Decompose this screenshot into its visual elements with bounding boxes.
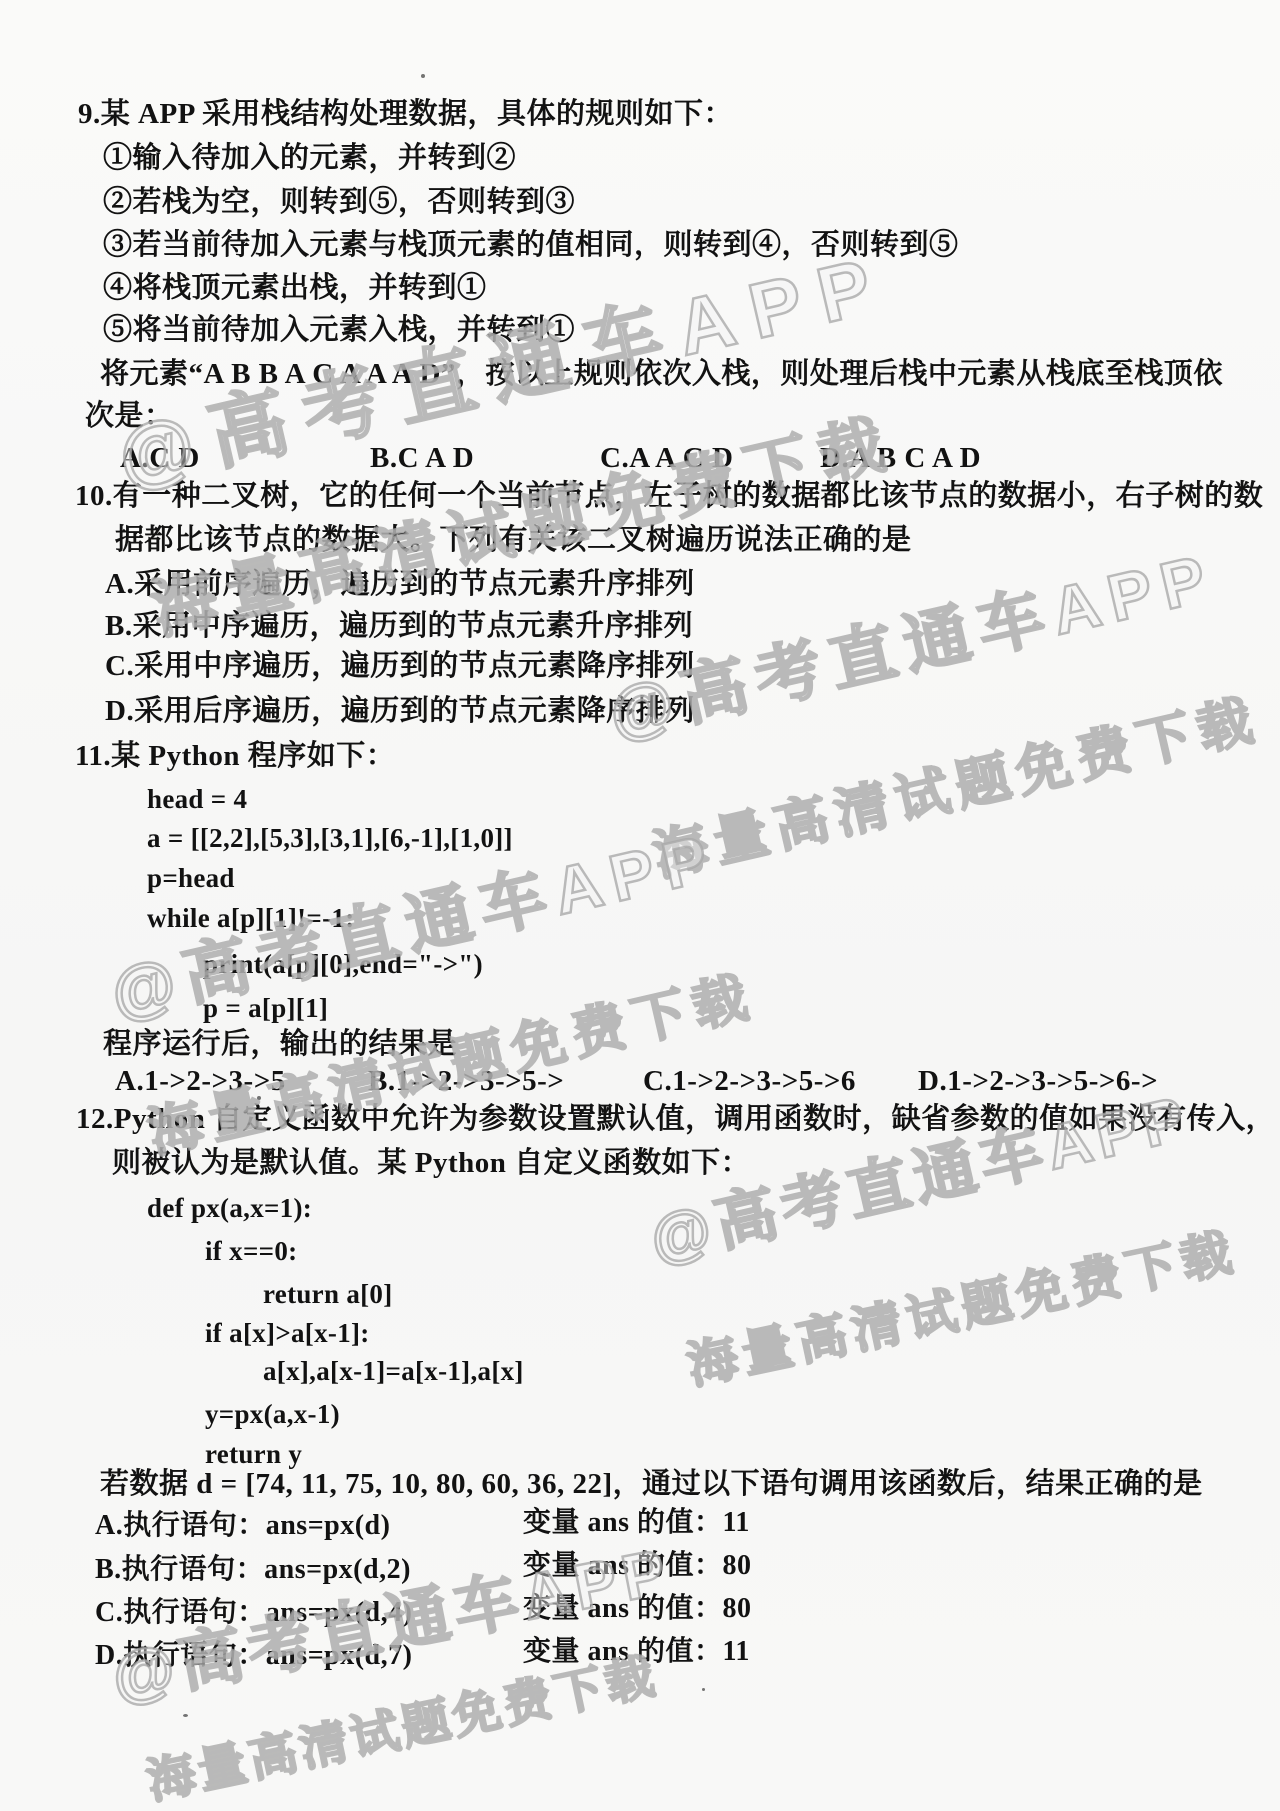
- q10-stem-line2: 据都比该节点的数据大。下列有关该二叉树遍历说法正确的是: [115, 523, 912, 557]
- q10-option-b: B.采用中序遍历，遍历到的节点元素升序排列: [105, 609, 693, 643]
- q12-stem-line2: 则被认为是默认值。某 Python 自定义函数如下：: [112, 1146, 750, 1180]
- q9-option-b: B.C A D: [370, 441, 474, 475]
- scan-speck: [421, 74, 425, 78]
- scan-speck: [183, 1714, 188, 1717]
- q10-option-d: D.采用后序遍历，遍历到的节点元素降序排列: [105, 694, 695, 728]
- q11-stem: 11.某 Python 程序如下：: [75, 739, 395, 773]
- q11-option-d: D.1->2->3->5->6->: [918, 1064, 1158, 1098]
- q12-option-c-statement: C.执行语句：ans=px(d,4): [95, 1596, 412, 1630]
- q12-option-c-result: 变量 ans 的值：80: [523, 1592, 751, 1626]
- q9-rule-2: ②若栈为空，则转到⑤，否则转到③: [103, 185, 575, 219]
- q12-option-d-result: 变量 ans 的值：11: [523, 1635, 750, 1669]
- q12-option-b-result: 变量 ans 的值：80: [523, 1549, 751, 1583]
- q12-stem-line1: 12.Python 自定义函数中允许为参数设置默认值，调用函数时，缺省参数的值如…: [76, 1102, 1275, 1136]
- q12-option-b-statement: B.执行语句：ans=px(d,2): [95, 1553, 411, 1587]
- q9-rule-5: ⑤将当前待加入元素入栈，并转到①: [103, 313, 575, 347]
- q11-code-line-2: a = [[2,2],[5,3],[3,1],[6,-1],[1,0]]: [147, 821, 513, 855]
- watermark-line2: 海量高清试题免费下载: [680, 1212, 1243, 1399]
- q11-after-text: 程序运行后，输出的结果是: [103, 1027, 457, 1061]
- q9-rule-3: ③若当前待加入元素与栈顶元素的值相同，则转到④，否则转到⑤: [103, 228, 959, 262]
- q10-option-a: A.采用前序遍历，遍历到的节点元素升序排列: [105, 567, 695, 601]
- exam-page: @高考直通车APP 海量高清试题免费下载 @高考直通车APP 海量高清试题免费下…: [0, 0, 1280, 1811]
- scan-speck: [937, 1487, 940, 1490]
- q9-option-d: D.A B C A D: [820, 441, 981, 475]
- q9-option-a: A.C D: [120, 441, 200, 475]
- q11-code-line-3: p=head: [147, 861, 235, 895]
- q9-tail-line1: 将元素“A B B A C A A A D”，按以上规则依次入栈，则处理后栈中元…: [100, 357, 1223, 391]
- q11-code-line-5: print(a[p][0],end="->"): [203, 947, 483, 981]
- q9-tail-line2: 次是：: [85, 399, 174, 433]
- q12-option-a-result: 变量 ans 的值：11: [523, 1506, 750, 1540]
- scan-speck: [257, 1096, 261, 1100]
- q12-option-a-statement: A.执行语句：ans=px(d): [95, 1509, 390, 1543]
- q9-rule-1: ①输入待加入的元素，并转到②: [103, 141, 516, 175]
- q9-stem: 9.某 APP 采用栈结构处理数据，具体的规则如下：: [78, 97, 733, 131]
- q12-code-line-7: return y: [205, 1437, 302, 1471]
- q12-code-line-3: return a[0]: [263, 1277, 393, 1311]
- q10-option-c: C.采用中序遍历，遍历到的节点元素降序排列: [105, 649, 695, 683]
- q12-code-line-6: y=px(a,x-1): [205, 1397, 340, 1431]
- q11-option-c: C.1->2->3->5->6: [643, 1064, 856, 1098]
- q11-code-line-1: head = 4: [147, 782, 247, 816]
- q12-code-line-1: def px(a,x=1):: [147, 1191, 312, 1225]
- q10-stem-line1: 10.有一种二叉树，它的任何一个当前节点，左子树的数据都比该节点的数据小，右子树…: [75, 479, 1263, 513]
- q12-code-line-4: if a[x]>a[x-1]:: [205, 1316, 370, 1350]
- q11-option-a: A.1->2->3->5: [115, 1064, 286, 1098]
- q12-option-d-statement: D.执行语句：ans=px(d,7): [95, 1639, 412, 1673]
- q11-option-b: B.1->2->3->5->: [368, 1064, 564, 1098]
- scan-speck: [702, 1688, 705, 1691]
- q12-code-line-2: if x==0:: [205, 1234, 297, 1268]
- q12-after-text: 若数据 d = [74, 11, 75, 10, 80, 60, 36, 22]…: [100, 1467, 1203, 1501]
- q9-rule-4: ④将栈顶元素出栈，并转到①: [103, 271, 487, 305]
- q9-option-c: C.A A C D: [600, 441, 733, 475]
- q12-code-line-5: a[x],a[x-1]=a[x-1],a[x]: [263, 1354, 524, 1388]
- q11-code-line-4: while a[p][1]!=-1:: [147, 901, 355, 935]
- q11-code-line-6: p = a[p][1]: [203, 991, 328, 1025]
- watermark-line2: 海量高清试题免费下载: [645, 677, 1266, 891]
